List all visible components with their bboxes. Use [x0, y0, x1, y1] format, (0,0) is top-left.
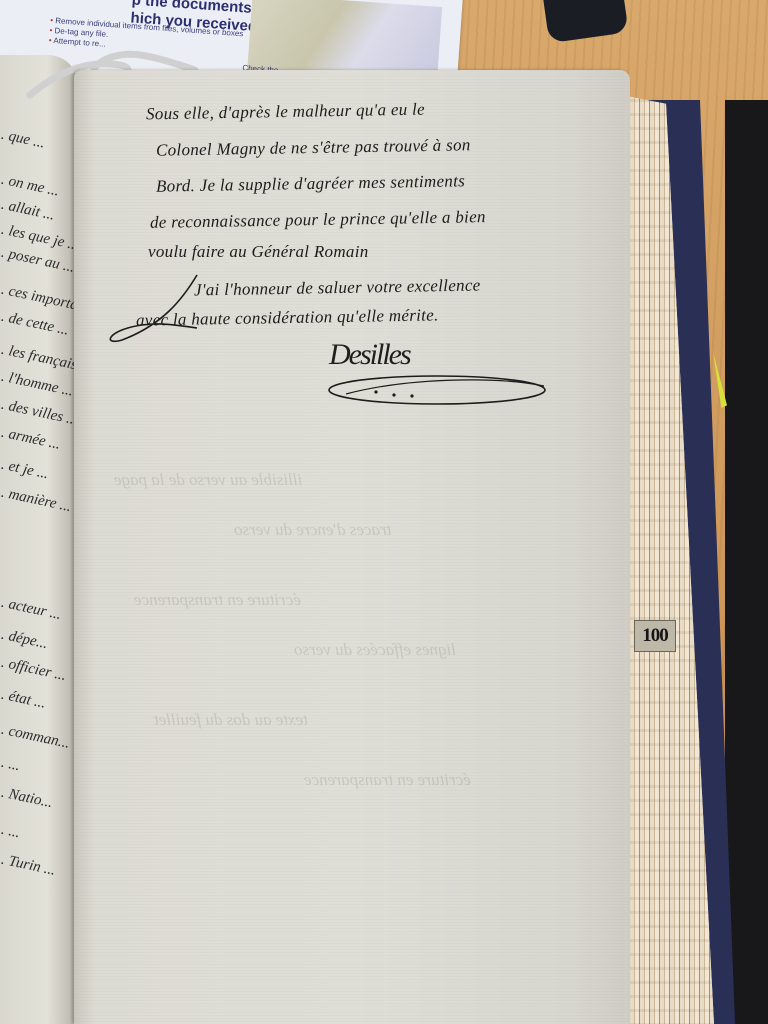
left-page-line: ... des villes ...	[0, 395, 78, 429]
left-page-line: ... ...	[0, 820, 21, 842]
letter-line: Bord. Je la supplie d'agréer mes sentime…	[156, 171, 465, 196]
left-page-line: ... comman...	[0, 720, 71, 753]
manuscript-page: Sous elle, d'après le malheur qu'a eu le…	[74, 70, 630, 1024]
left-page-line: ... dépe...	[0, 625, 49, 653]
left-page-line: ... que ...	[0, 125, 46, 152]
flourish-j-icon	[102, 270, 222, 350]
left-page-line: ... officier ...	[0, 653, 67, 685]
left-page-line: ... ...	[0, 753, 21, 775]
letter-line: de reconnaissance pour le prince qu'elle…	[150, 207, 486, 233]
left-page-line: ... Turin ...	[0, 850, 57, 880]
left-page-line: ... Natio...	[0, 783, 54, 812]
left-page: ... que ... ... on me ... ... allait ...…	[0, 55, 78, 1024]
signature-paraph-icon	[326, 372, 548, 408]
left-page-line: ... allait ...	[0, 195, 56, 224]
left-page-line: ... état ...	[0, 685, 47, 713]
left-page-line: ... de cette ...	[0, 307, 70, 339]
left-page-line: ... on me ...	[0, 170, 61, 200]
left-page-line: ... l'homme ...	[0, 367, 75, 400]
letter-line: Sous elle, d'après le malheur qu'a eu le	[146, 100, 425, 125]
folio-number-label: 100	[634, 620, 676, 652]
letter-line: J'ai l'honneur de saluer votre excellenc…	[194, 276, 481, 301]
letter-line: Colonel Magny de ne s'être pas trouvé à …	[156, 135, 471, 160]
left-page-line: ... armée ...	[0, 423, 62, 454]
left-page-line: ... acteur ...	[0, 593, 63, 624]
signature: Desilles	[329, 338, 410, 372]
left-page-line: ... et je ...	[0, 455, 50, 483]
dark-box	[725, 100, 768, 1024]
letter-line: voulu faire au Général Romain	[148, 242, 369, 262]
left-page-line: ... manière ...	[0, 483, 73, 516]
